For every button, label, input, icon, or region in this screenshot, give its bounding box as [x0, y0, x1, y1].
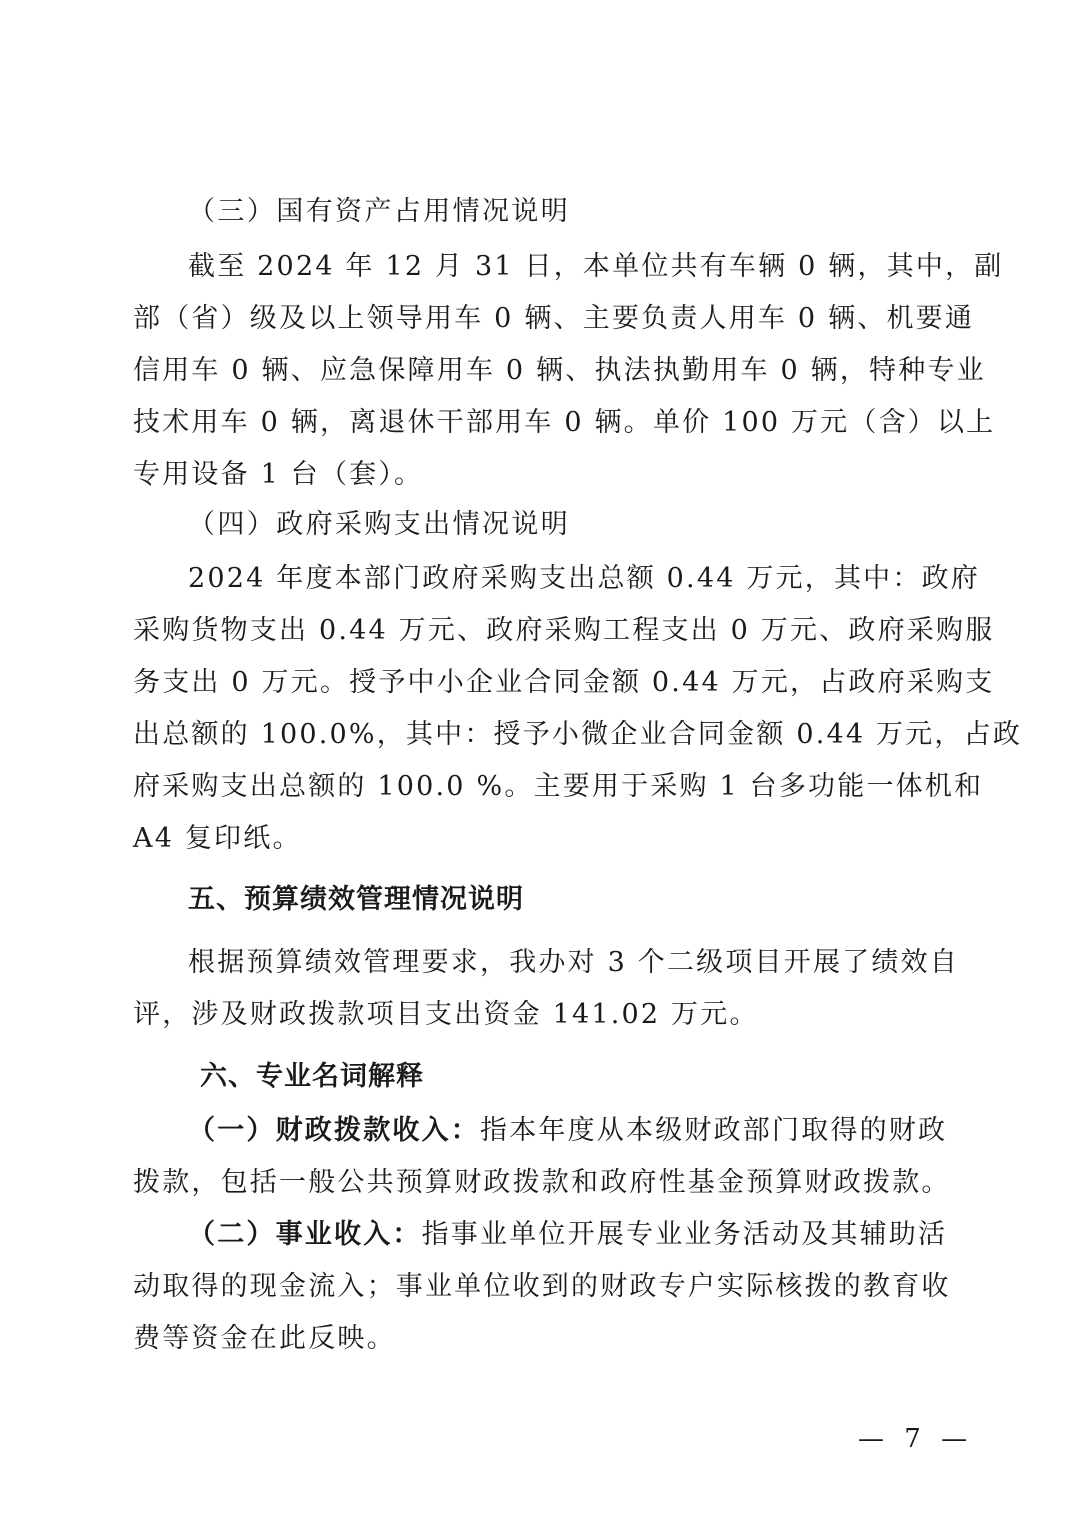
paragraph-line: 技术用车 0 辆，离退休干部用车 0 辆。单价 100 万元（含）以上	[133, 406, 945, 440]
glossary-term: （二）事业收入：	[188, 1219, 422, 1250]
glossary-item-first-line: （二）事业收入：指事业单位开展专业业务活动及其辅助活	[188, 1218, 945, 1252]
paragraph-line: 部（省）级及以上领导用车 0 辆、主要负责人用车 0 辆、机要通	[133, 302, 945, 336]
paragraph-line: 费等资金在此反映。	[133, 1322, 945, 1356]
paragraph-line: 府采购支出总额的 100.0 %。主要用于采购 1 台多功能一体机和	[133, 770, 945, 804]
paragraph-line: 出总额的 100.0%，其中：授予小微企业合同金额 0.44 万元，占政	[133, 718, 945, 752]
section-heading-state-assets: （三）国有资产占用情况说明	[188, 195, 945, 229]
glossary-definition: 指事业单位开展专业业务活动及其辅助活	[422, 1219, 948, 1250]
section-heading-gov-procurement: （四）政府采购支出情况说明	[188, 508, 945, 542]
paragraph-line: 信用车 0 辆、应急保障用车 0 辆、执法执勤用车 0 辆，特种专业	[133, 354, 945, 388]
section-heading-performance: 五、预算绩效管理情况说明	[188, 883, 945, 917]
glossary-definition: 指本年度从本级财政部门取得的财政	[480, 1115, 947, 1146]
document-page: （三）国有资产占用情况说明 截至 2024 年 12 月 31 日，本单位共有车…	[0, 0, 1075, 1520]
section-heading-glossary: 六、专业名词解释	[200, 1060, 945, 1094]
paragraph-line: 2024 年度本部门政府采购支出总额 0.44 万元，其中：政府	[188, 562, 945, 596]
paragraph-line: 动取得的现金流入；事业单位收到的财政专户实际核拨的教育收	[133, 1270, 945, 1304]
paragraph-line: 采购货物支出 0.44 万元、政府采购工程支出 0 万元、政府采购服	[133, 614, 945, 648]
paragraph-line: 根据预算绩效管理要求，我办对 3 个二级项目开展了绩效自	[188, 946, 945, 980]
paragraph-line: 专用设备 1 台（套）。	[133, 458, 945, 492]
paragraph-line: 拨款，包括一般公共预算财政拨款和政府性基金预算财政拨款。	[133, 1166, 945, 1200]
glossary-item-first-line: （一）财政拨款收入：指本年度从本级财政部门取得的财政	[188, 1114, 945, 1148]
paragraph-line: 评，涉及财政拨款项目支出资金 141.02 万元。	[133, 998, 945, 1032]
paragraph-line: 截至 2024 年 12 月 31 日，本单位共有车辆 0 辆，其中，副	[188, 250, 945, 284]
paragraph-line: A4 复印纸。	[133, 822, 945, 856]
paragraph-line: 务支出 0 万元。授予中小企业合同金额 0.44 万元，占政府采购支	[133, 666, 945, 700]
page-number: — 7 —	[858, 1424, 973, 1454]
glossary-term: （一）财政拨款收入：	[188, 1115, 480, 1146]
